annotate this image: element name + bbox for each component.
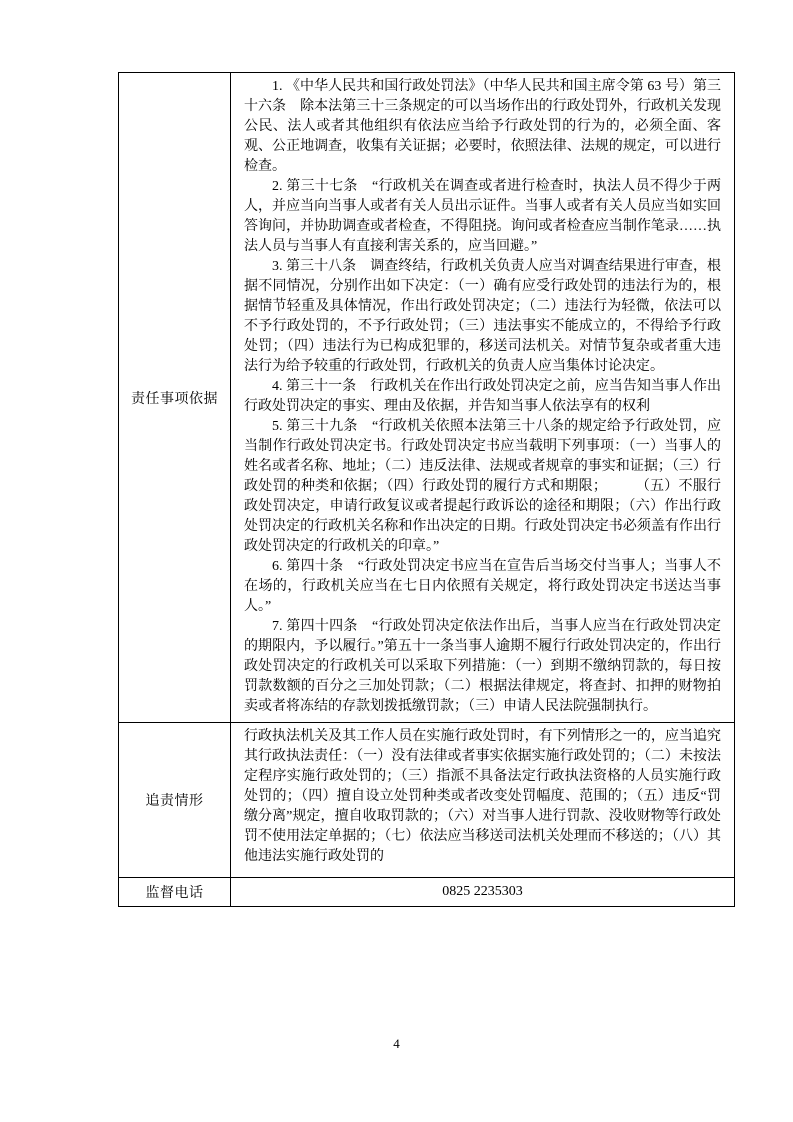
responsibility-table: 责任事项依据 1. 《中华人民共和国行政处罚法》（中华人民共和国主席令第 63 … <box>118 72 735 907</box>
page-number: 4 <box>0 1036 793 1052</box>
paragraph: 5. 第三十九条 “行政机关依照本法第三十八条的规定给予行政处罚，应当制作行政处… <box>244 417 721 557</box>
paragraph: 7. 第四十四条 “行政处罚决定依法作出后，当事人应当在行政处罚决定的期限内，予… <box>244 617 721 717</box>
paragraph: 6. 第四十条 “行政处罚决定书应当在宣告后当场交付当事人；当事人不在场的，行政… <box>244 557 721 617</box>
accountability-content: 行政执法机关及其工作人员在实施行政处罚时，有下列情形之一的，应当追究其行政执法责… <box>231 723 735 878</box>
paragraph: 4. 第三十一条 行政机关在作出行政处罚决定之前，应当告知当事人作出行政处罚决定… <box>244 377 721 417</box>
paragraph: 行政执法机关及其工作人员在实施行政处罚时，有下列情形之一的，应当追究其行政执法责… <box>244 727 721 867</box>
table-row-supervision-phone: 监督电话 0825 2235303 <box>119 878 735 907</box>
document-page: 责任事项依据 1. 《中华人民共和国行政处罚法》（中华人民共和国主席令第 63 … <box>0 0 793 1122</box>
paragraph: 1. 《中华人民共和国行政处罚法》（中华人民共和国主席令第 63 号）第三十六条… <box>244 77 721 177</box>
row-label-supervision-phone: 监督电话 <box>119 878 231 907</box>
table-row-accountability: 追责情形 行政执法机关及其工作人员在实施行政处罚时，有下列情形之一的，应当追究其… <box>119 723 735 878</box>
table-row-duty-basis: 责任事项依据 1. 《中华人民共和国行政处罚法》（中华人民共和国主席令第 63 … <box>119 73 735 723</box>
row-label-duty-basis: 责任事项依据 <box>119 73 231 723</box>
paragraph: 2. 第三十七条 “行政机关在调查或者进行检查时，执法人员不得少于两人，并应当向… <box>244 177 721 257</box>
paragraph: 3. 第三十八条 调查终结，行政机关负责人应当对调查结果进行审查，根据不同情况，… <box>244 257 721 377</box>
supervision-phone-value: 0825 2235303 <box>231 878 735 907</box>
duty-basis-content: 1. 《中华人民共和国行政处罚法》（中华人民共和国主席令第 63 号）第三十六条… <box>231 73 735 723</box>
row-label-accountability: 追责情形 <box>119 723 231 878</box>
